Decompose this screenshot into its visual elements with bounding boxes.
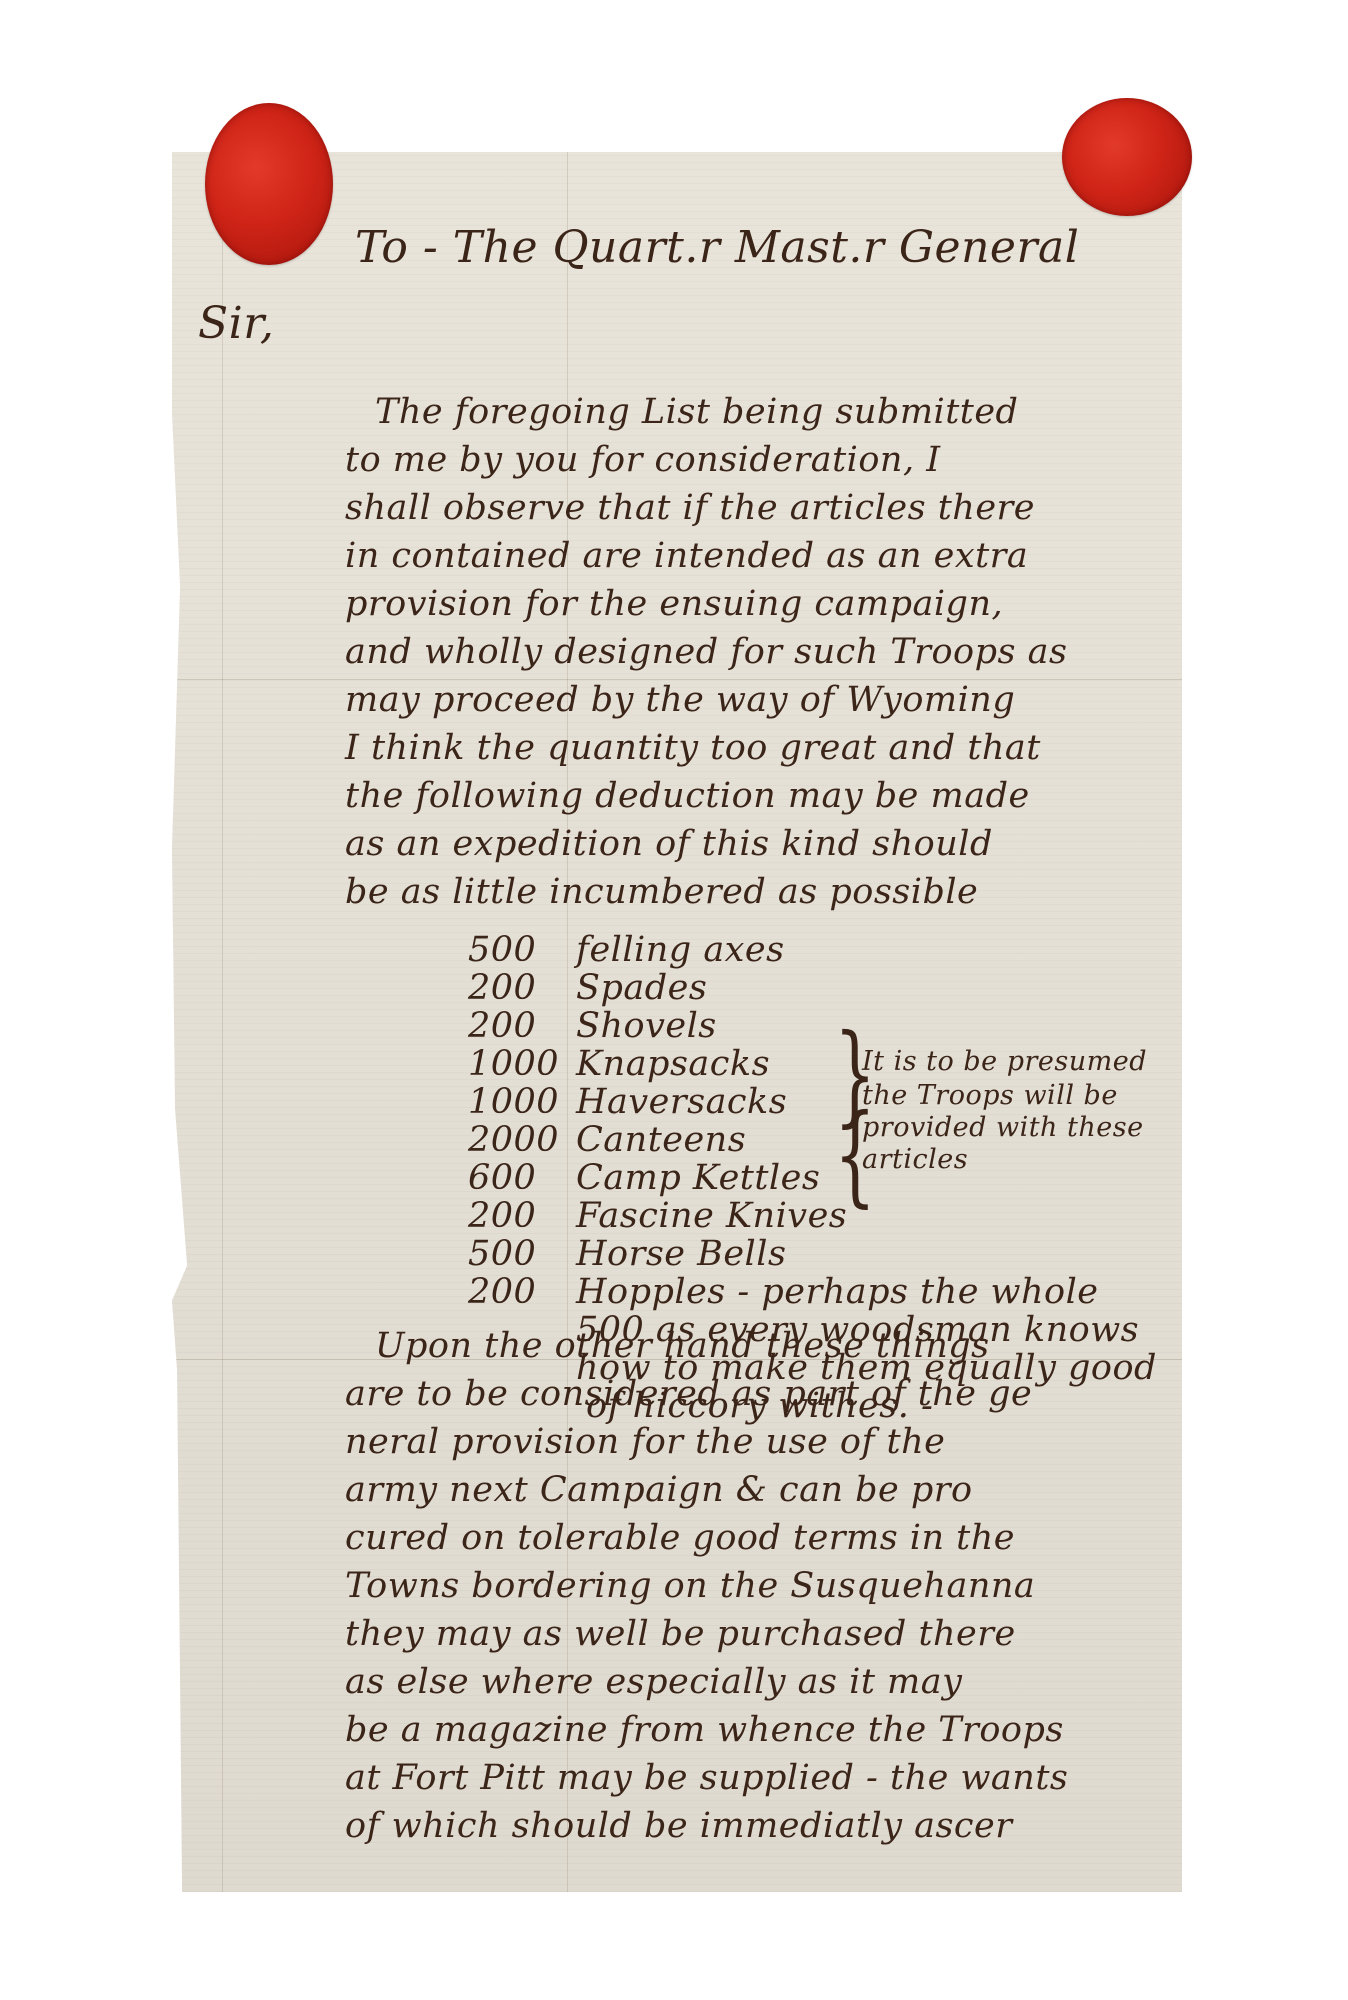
list-item: 200Hopples - perhaps the whole: [468, 1272, 1099, 1312]
item-quantity: 500: [468, 1234, 576, 1274]
item-quantity: 600: [468, 1158, 576, 1198]
fold-line-vertical: [222, 152, 223, 1892]
list-item: 200Shovels: [468, 1006, 717, 1046]
list-item: 500Horse Bells: [468, 1234, 786, 1274]
list-item: 200Fascine Knives: [468, 1196, 847, 1236]
item-quantity: 1000: [468, 1044, 576, 1084]
text-line: neral provision for the use of the: [345, 1422, 945, 1462]
text-line: at Fort Pitt may be supplied - the wants: [345, 1758, 1068, 1798]
address-line: To - The Quart.r Mast.r General: [355, 222, 1079, 273]
item-name: Spades: [576, 968, 707, 1008]
text-line: It is to be presumed: [862, 1046, 1147, 1077]
item-name: Canteens: [576, 1120, 746, 1160]
list-item: 1000Knapsacks: [468, 1044, 770, 1084]
item-quantity: 200: [468, 1272, 576, 1312]
text-line: army next Campaign & can be pro: [345, 1470, 973, 1510]
item-name: Horse Bells: [576, 1234, 786, 1274]
item-name: Haversacks: [576, 1082, 787, 1122]
text-line: as else where especially as it may: [345, 1662, 962, 1702]
text-line: provision for the ensuing campaign,: [345, 584, 1003, 624]
text-line: I think the quantity too great and that: [345, 728, 1041, 768]
text-line: be as little incumbered as possible: [345, 872, 978, 912]
text-line: of which should be immediatly ascer: [345, 1806, 1012, 1846]
text-line: are to be considered as part of the ge: [345, 1374, 1032, 1414]
text-line: the following deduction may be made: [345, 776, 1030, 816]
text-line: to me by you for consideration, I: [345, 440, 941, 480]
text-line: and wholly designed for such Troops as: [345, 632, 1067, 672]
item-name: Camp Kettles: [576, 1158, 820, 1198]
item-quantity: 200: [468, 1006, 576, 1046]
text-line: cured on tolerable good terms in the: [345, 1518, 1015, 1558]
list-item: 200Spades: [468, 968, 707, 1008]
text-line: they may as well be purchased there: [345, 1614, 1016, 1654]
wax-seal-right-icon: [1062, 98, 1192, 216]
list-item: 600Camp Kettles: [468, 1158, 820, 1198]
text-line: may proceed by the way of Wyoming: [345, 680, 1015, 720]
text-line: articles: [862, 1144, 968, 1175]
text-line: Upon the other hand these things: [375, 1326, 990, 1366]
item-quantity: 500: [468, 930, 576, 970]
item-quantity: 1000: [468, 1082, 576, 1122]
text-line: Towns bordering on the Susquehanna: [345, 1566, 1035, 1606]
text-line: provided with these: [862, 1112, 1144, 1143]
wax-seal-left-icon: [205, 103, 333, 265]
item-name: Knapsacks: [576, 1044, 770, 1084]
text-line: as an expedition of this kind should: [345, 824, 993, 864]
list-item: 2000Canteens: [468, 1120, 746, 1160]
item-name: Fascine Knives: [576, 1196, 847, 1236]
salutation: Sir,: [198, 298, 274, 349]
text-line: The foregoing List being submitted: [375, 392, 1018, 432]
text-line: in contained are intended as an extra: [345, 536, 1028, 576]
text-line: be a magazine from whence the Troops: [345, 1710, 1064, 1750]
item-quantity: 200: [468, 968, 576, 1008]
list-item: 1000Haversacks: [468, 1082, 787, 1122]
item-quantity: 2000: [468, 1120, 576, 1160]
item-name: felling axes: [576, 930, 785, 970]
item-name: Shovels: [576, 1006, 717, 1046]
item-name: Hopples - perhaps the whole: [576, 1272, 1099, 1312]
text-line: shall observe that if the articles there: [345, 488, 1035, 528]
list-item: 500felling axes: [468, 930, 785, 970]
text-line: the Troops will be: [862, 1080, 1118, 1111]
item-quantity: 200: [468, 1196, 576, 1236]
